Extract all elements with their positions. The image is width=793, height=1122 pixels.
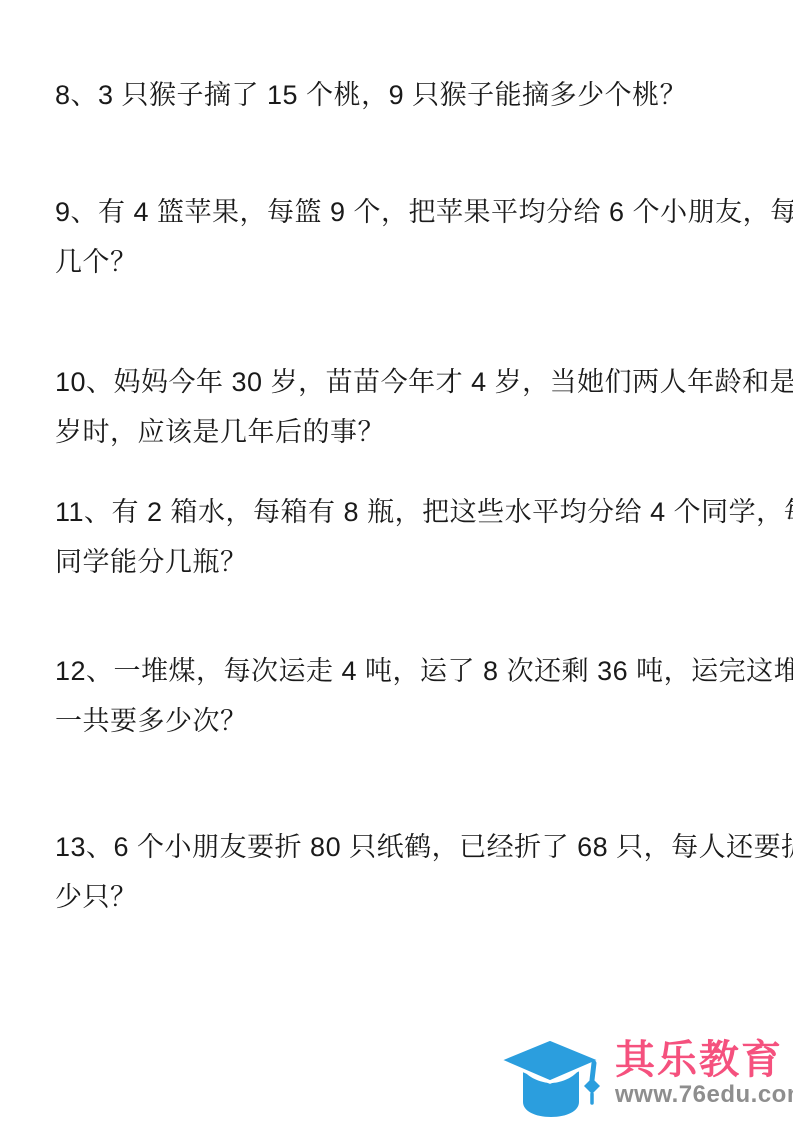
problem-line: 10、妈妈今年 30 岁，苗苗今年才 4 岁，当她们两人年龄和是 40 — [55, 357, 793, 407]
graduation-cap-icon — [497, 1038, 607, 1118]
problem-12: 12、一堆煤，每次运走 4 吨，运了 8 次还剩 36 吨，运完这堆煤， 一共要… — [55, 646, 793, 746]
problem-11: 11、有 2 箱水，每箱有 8 瓶，把这些水平均分给 4 个同学，每个 同学能分… — [55, 487, 793, 587]
problem-line: 12、一堆煤，每次运走 4 吨，运了 8 次还剩 36 吨，运完这堆煤， — [55, 646, 793, 696]
brand-name: 其乐教育 — [615, 1038, 783, 1082]
problem-9: 9、有 4 篮苹果，每篮 9 个，把苹果平均分给 6 个小朋友，每人 几个？ — [55, 187, 793, 287]
site-logo: 其乐教育 www.76edu.com — [497, 1032, 793, 1118]
logo-text-block: 其乐教育 www.76edu.com — [615, 1038, 793, 1108]
problem-line: 8、3 只猴子摘了 15 个桃，9 只猴子能摘多少个桃？ — [55, 70, 687, 120]
problem-line: 一共要多少次？ — [55, 696, 793, 746]
problem-10: 10、妈妈今年 30 岁，苗苗今年才 4 岁，当她们两人年龄和是 40 岁时，应… — [55, 357, 793, 457]
problem-13: 13、6 个小朋友要折 80 只纸鹤，已经折了 68 只，每人还要折多 少只？ — [55, 822, 793, 922]
problem-line: 13、6 个小朋友要折 80 只纸鹤，已经折了 68 只，每人还要折多 — [55, 822, 793, 872]
problem-line: 少只？ — [55, 872, 793, 922]
site-url: www.76edu.com — [615, 1081, 793, 1108]
problem-line: 岁时，应该是几年后的事？ — [55, 407, 793, 457]
problem-line: 几个？ — [55, 237, 793, 287]
problem-line: 同学能分几瓶？ — [55, 537, 793, 587]
problem-line: 11、有 2 箱水，每箱有 8 瓶，把这些水平均分给 4 个同学，每个 — [55, 487, 793, 537]
problem-line: 9、有 4 篮苹果，每篮 9 个，把苹果平均分给 6 个小朋友，每人 — [55, 187, 793, 237]
worksheet-page: 8、3 只猴子摘了 15 个桃，9 只猴子能摘多少个桃？ 9、有 4 篮苹果，每… — [0, 0, 793, 1122]
problem-8: 8、3 只猴子摘了 15 个桃，9 只猴子能摘多少个桃？ — [55, 70, 687, 120]
